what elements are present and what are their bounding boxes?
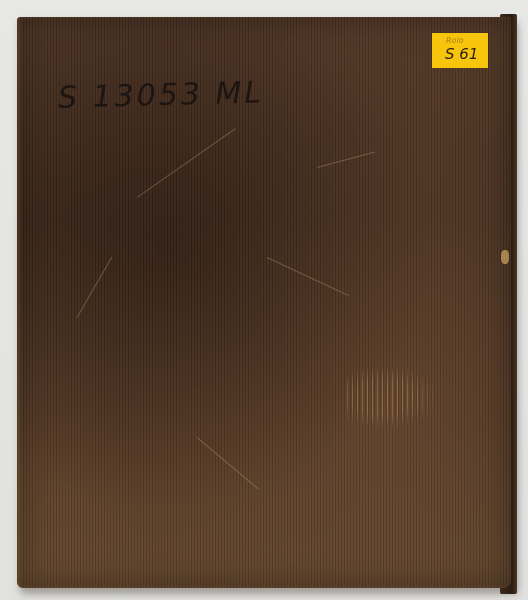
label-main-text: S 61 xyxy=(445,45,478,63)
scratch xyxy=(267,257,349,296)
worn-area xyxy=(347,367,437,427)
label-small-text: Rolo xyxy=(446,36,464,45)
scratch xyxy=(197,437,259,489)
scratch xyxy=(77,257,113,318)
scratch xyxy=(137,128,236,198)
inventory-label: Rolo S 61 xyxy=(432,33,488,68)
inventory-inscription: S 13053 ML xyxy=(58,75,265,115)
scratch xyxy=(317,151,375,167)
wood-knot xyxy=(501,250,509,264)
